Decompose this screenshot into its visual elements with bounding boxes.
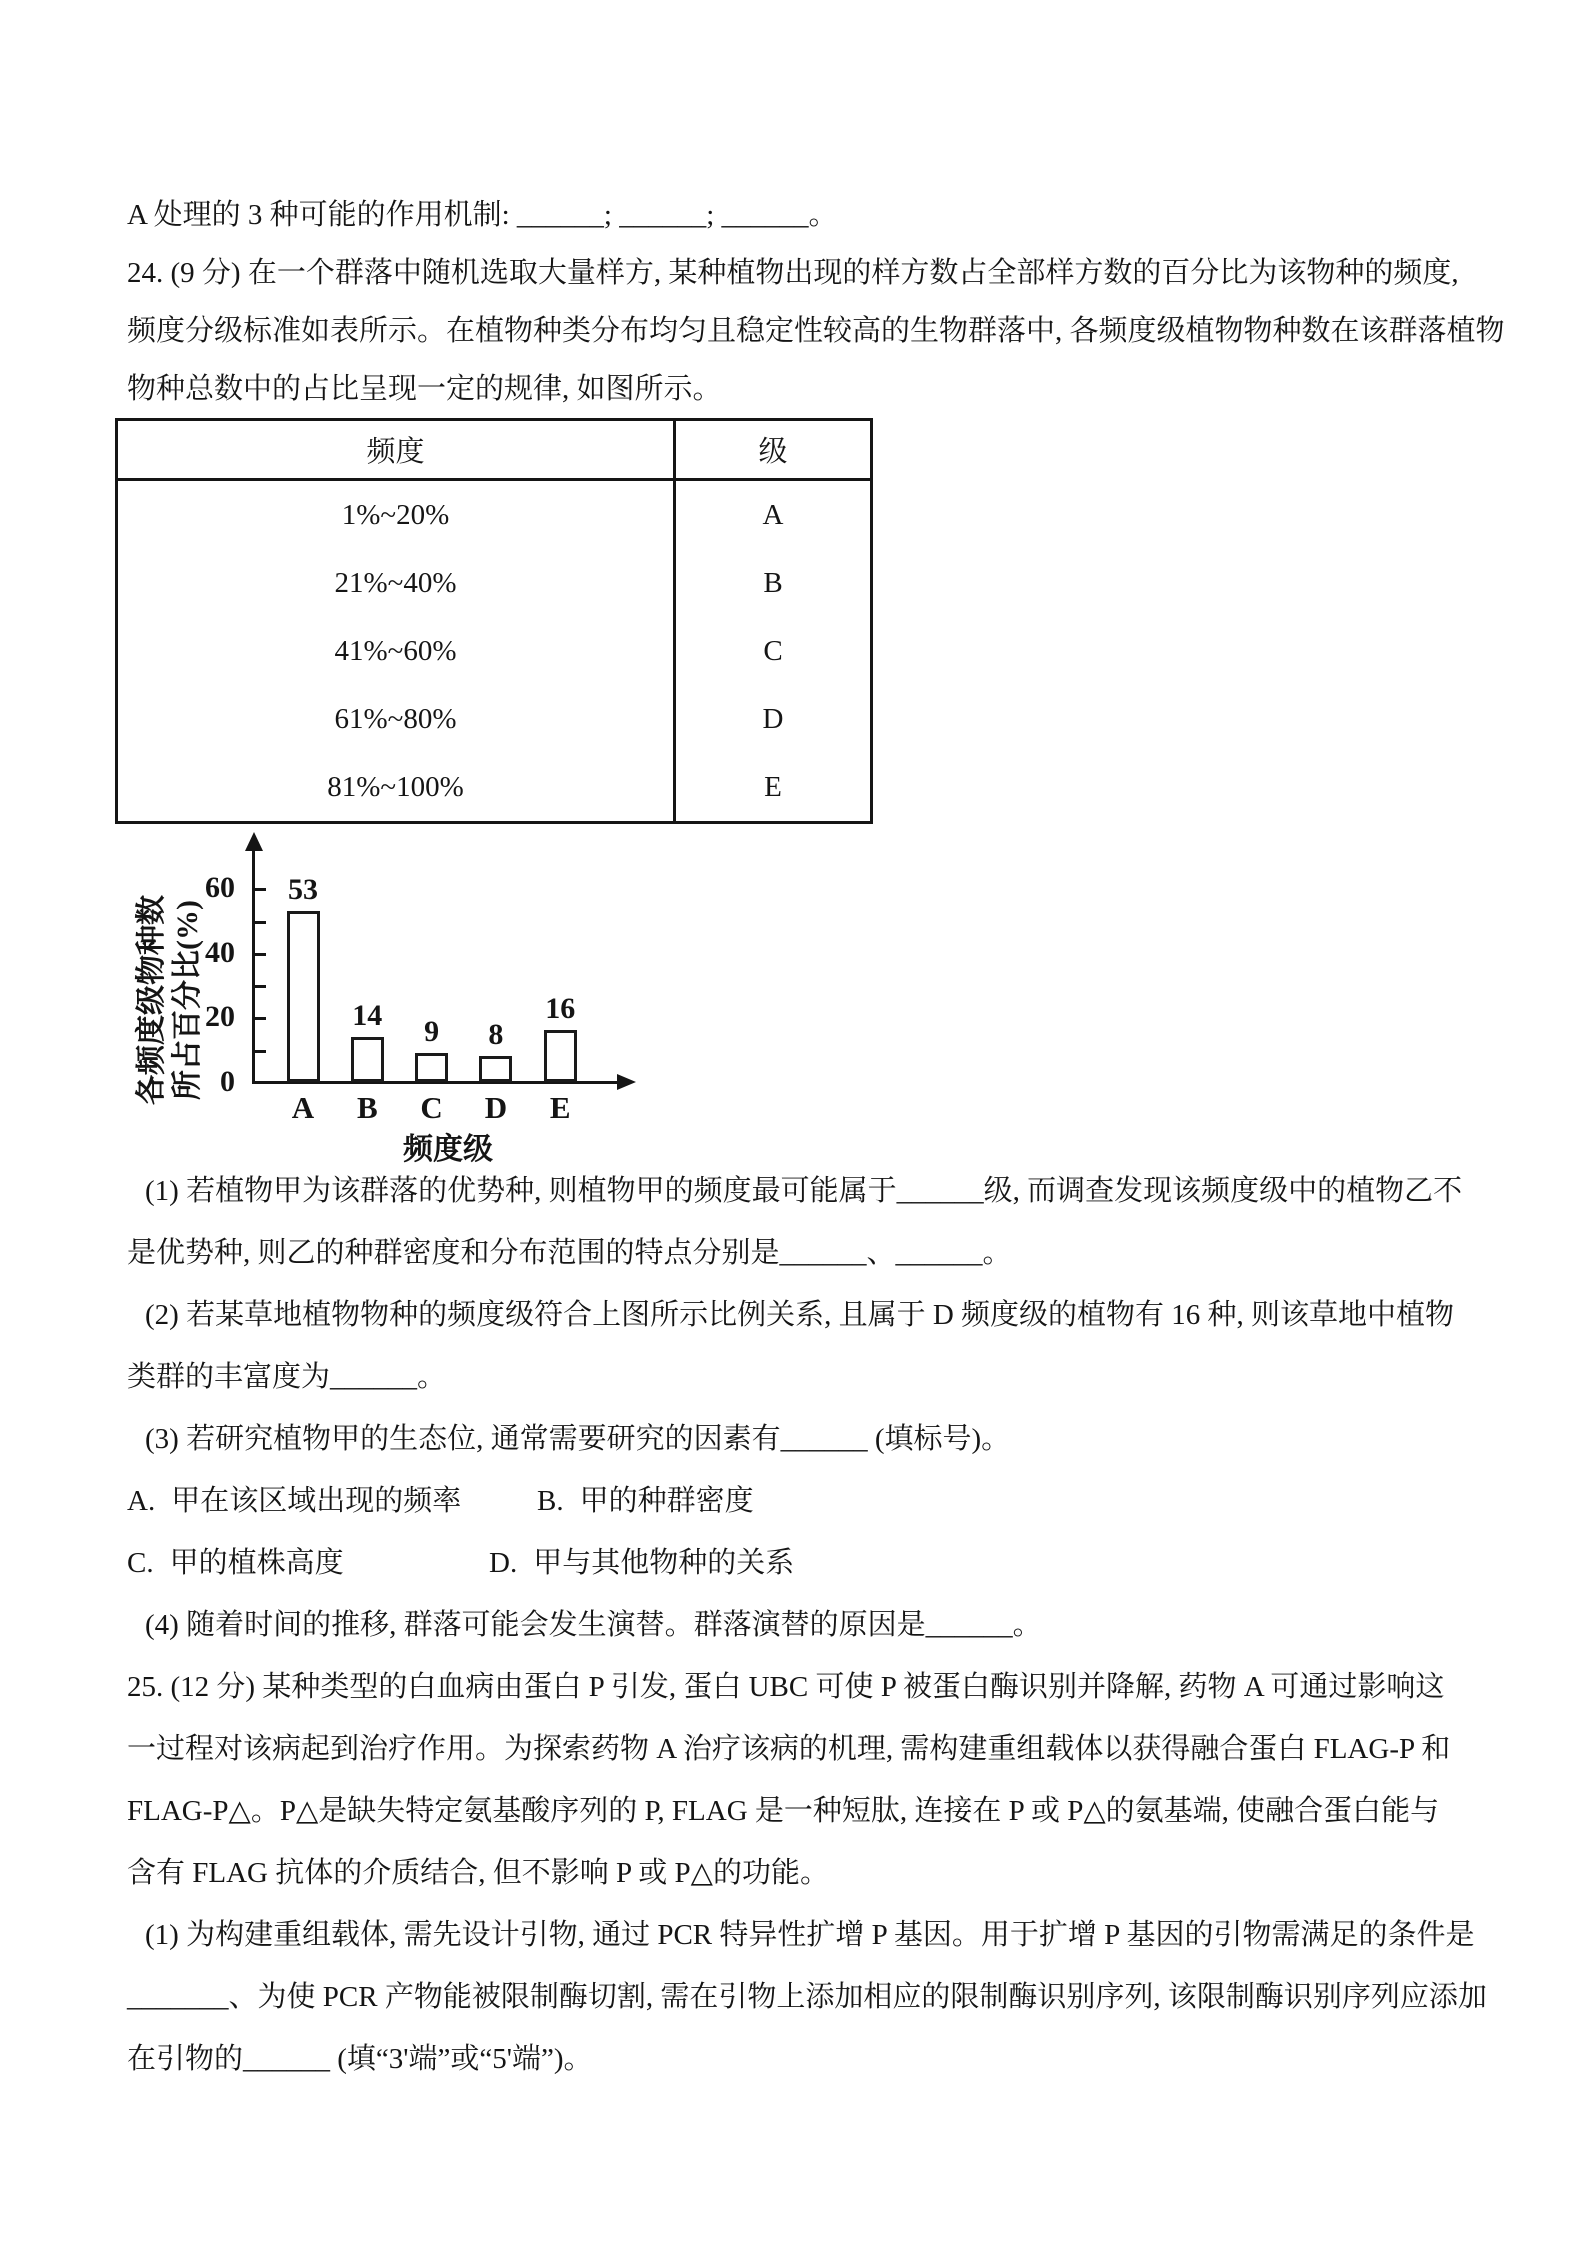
frequency-grade-table: 频度 级 1%~20% A 21%~40% B 41%~60% C 61%~80… [115, 418, 873, 824]
table-row: 81%~100% E [117, 753, 872, 823]
y-tick [255, 921, 266, 924]
q24-stem-line-2: 频度分级标准如表所示。在植物种类分布均匀且稳定性较高的生物群落中, 各频度级植物… [127, 302, 1516, 360]
option-b: B.甲的种群密度 [537, 1470, 1516, 1532]
option-d: D.甲与其他物种的关系 [489, 1532, 1516, 1594]
option-a: A.甲在该区域出现的频率 [127, 1470, 537, 1532]
bar-E [544, 1030, 577, 1082]
option-b-label: B. [537, 1485, 564, 1517]
option-d-text: 甲与其他物种的关系 [533, 1547, 794, 1579]
table-row: 41%~60% C [117, 617, 872, 685]
bar-value-label: 16 [520, 992, 600, 1026]
table-header-grade: 级 [675, 420, 872, 480]
q24-options-row-ab: A.甲在该区域出现的频率 B.甲的种群密度 [127, 1470, 1516, 1532]
table-header-row: 频度 级 [117, 420, 872, 480]
y-tick-label: 40 [165, 937, 235, 969]
q24-sub2-line-2: 类群的丰富度为______。 [127, 1346, 1516, 1408]
table-cell-grade: A [675, 480, 872, 550]
table-cell-range: 21%~40% [117, 549, 675, 617]
y-axis [252, 848, 255, 1084]
option-c-label: C. [127, 1547, 154, 1579]
q24-stem-line-1: 24. (9 分) 在一个群落中随机选取大量样方, 某种植物出现的样方数占全部样… [127, 244, 1516, 302]
y-tick-label: 60 [165, 872, 235, 904]
q24-sub3-line: (3) 若研究植物甲的生态位, 通常需要研究的因素有______ (填标号)。 [127, 1408, 1516, 1470]
q25-stem-line-4: 含有 FLAG 抗体的介质结合, 但不影响 P 或 P△的功能。 [127, 1842, 1516, 1904]
y-tick-label: 20 [165, 1001, 235, 1033]
table-row: 21%~40% B [117, 549, 872, 617]
q25-stem-line-2: 一过程对该病起到治疗作用。为探索药物 A 治疗该病的机理, 需构建重组载体以获得… [127, 1718, 1516, 1780]
q25-sub1-line-1: (1) 为构建重组载体, 需先设计引物, 通过 PCR 特异性扩增 P 基因。用… [127, 1904, 1516, 1966]
q25-stem-line-3: FLAG-P△。P△是缺失特定氨基酸序列的 P, FLAG 是一种短肽, 连接在… [127, 1780, 1516, 1842]
table-header-frequency: 频度 [117, 420, 675, 480]
x-axis-title: 频度级 [363, 1124, 533, 1168]
q25-stem-line-1: 25. (12 分) 某种类型的白血病由蛋白 P 引发, 蛋白 UBC 可使 P… [127, 1656, 1516, 1718]
y-tick [255, 1050, 266, 1053]
table-cell-grade: C [675, 617, 872, 685]
bar-A [287, 911, 320, 1082]
y-tick [255, 953, 266, 956]
q24-sub4-line: (4) 随着时间的推移, 群落可能会发生演替。群落演替的原因是______。 [127, 1594, 1516, 1656]
frequency-bar-chart: 各频度级物种数 所占百分比(%) 020406053A14B9C8D16E 频度… [115, 830, 755, 1160]
q24-sub1-line-2: 是优势种, 则乙的种群密度和分布范围的特点分别是______、______。 [127, 1222, 1516, 1284]
table-cell-range: 1%~20% [117, 480, 675, 550]
y-tick [255, 985, 266, 988]
option-a-label: A. [127, 1485, 155, 1517]
q23-tail-line: A 处理的 3 种可能的作用机制: ______; ______; ______… [127, 186, 1516, 244]
table-cell-grade: B [675, 549, 872, 617]
option-c: C.甲的植株高度 [127, 1532, 489, 1594]
y-tick-label: 0 [165, 1066, 235, 1098]
q25-sub1-line-2: _______、为使 PCR 产物能被限制酶切割, 需在引物上添加相应的限制酶识… [127, 1966, 1516, 2028]
q24-sub1-line-1: (1) 若植物甲为该群落的优势种, 则植物甲的频度最可能属于______级, 而… [127, 1160, 1516, 1222]
y-tick [255, 1017, 266, 1020]
bar-C [415, 1053, 448, 1082]
bar-D [479, 1056, 512, 1082]
table-cell-grade: E [675, 753, 872, 823]
q24-stem-line-3: 物种总数中的占比呈现一定的规律, 如图所示。 [127, 360, 1516, 418]
q24-options-row-cd: C.甲的植株高度 D.甲与其他物种的关系 [127, 1532, 1516, 1594]
q24-sub2-line-1: (2) 若某草地植物物种的频度级符合上图所示比例关系, 且属于 D 频度级的植物… [127, 1284, 1516, 1346]
option-c-text: 甲的植株高度 [170, 1547, 344, 1579]
option-a-text: 甲在该区域出现的频率 [171, 1485, 461, 1517]
page: { "doc": { "pre_line": "A 处理的 3 种可能的作用机制… [0, 0, 1586, 2244]
table-cell-range: 61%~80% [117, 685, 675, 753]
table-cell-range: 81%~100% [117, 753, 675, 823]
option-b-text: 甲的种群密度 [580, 1485, 754, 1517]
x-category-label: E [520, 1090, 600, 1126]
table-cell-grade: D [675, 685, 872, 753]
table-cell-range: 41%~60% [117, 617, 675, 685]
bar-value-label: 53 [263, 873, 343, 907]
bar-B [351, 1037, 384, 1082]
document: A 处理的 3 种可能的作用机制: ______; ______; ______… [0, 0, 1586, 2090]
table-row: 1%~20% A [117, 480, 872, 550]
option-d-label: D. [489, 1547, 517, 1579]
q25-sub1-line-3: 在引物的______ (填“3'端”或“5'端”)。 [127, 2028, 1516, 2090]
table-row: 61%~80% D [117, 685, 872, 753]
